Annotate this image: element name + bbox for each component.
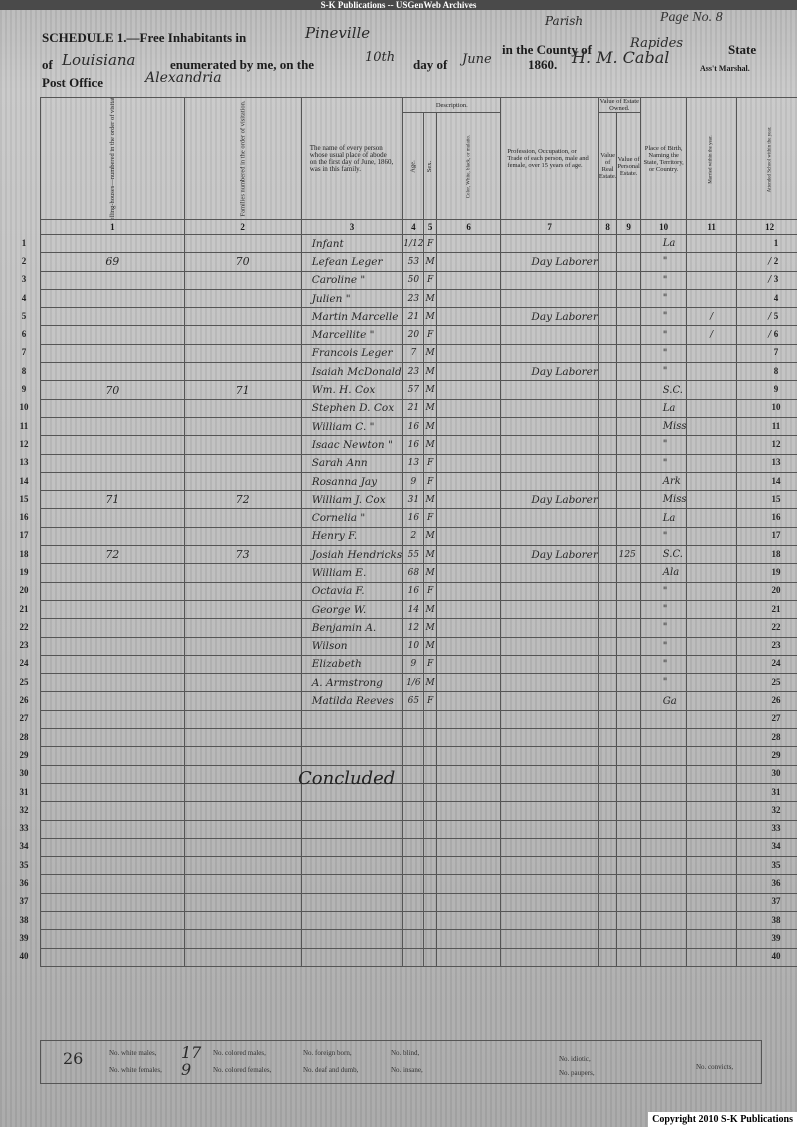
married-within-year	[687, 820, 736, 838]
age: 68	[403, 564, 424, 582]
dwelling-number	[41, 875, 185, 893]
birthplace	[640, 948, 687, 966]
table-row	[41, 930, 797, 948]
family-number	[184, 235, 301, 253]
dwelling-number	[41, 582, 185, 600]
occupation	[501, 417, 598, 435]
age: 50	[403, 271, 424, 289]
sex: F	[424, 472, 436, 490]
personal-estate-value	[617, 692, 640, 710]
line-number-right: 3	[768, 274, 784, 284]
line-number-right: 30	[768, 768, 784, 778]
person-name	[301, 857, 403, 875]
attended-school: /	[736, 326, 797, 344]
occupation	[501, 564, 598, 582]
age: 53	[403, 253, 424, 271]
table-row	[41, 857, 797, 875]
census-table: Dwelling-houses—numbered in the order of…	[40, 97, 797, 967]
occupation: Day Laborer	[501, 363, 598, 381]
white-females-label: No. white females,	[109, 1066, 162, 1074]
family-number	[184, 454, 301, 472]
married-within-year	[687, 381, 736, 399]
married-within-year: /	[687, 326, 736, 344]
family-number	[184, 692, 301, 710]
age: 23	[403, 289, 424, 307]
family-number	[184, 399, 301, 417]
birthplace: "	[640, 344, 687, 362]
attended-school	[736, 710, 797, 728]
married-within-year	[687, 857, 736, 875]
line-number-right: 27	[768, 713, 784, 723]
age: 9	[403, 655, 424, 673]
line-number-right: 34	[768, 841, 784, 851]
age: 16	[403, 509, 424, 527]
empty-cell	[436, 857, 501, 875]
birthplace: Ala	[640, 564, 687, 582]
line-number-left: 38	[16, 915, 32, 925]
dwelling-number	[41, 509, 185, 527]
personal-estate-value	[617, 564, 640, 582]
sex: M	[424, 564, 436, 582]
dwelling-number	[41, 271, 185, 289]
family-number	[184, 875, 301, 893]
person-name: Caroline "	[301, 271, 403, 289]
birthplace: "	[640, 637, 687, 655]
personal-estate-value	[617, 363, 640, 381]
age: 16	[403, 436, 424, 454]
table-row: Benjamin A.12M"	[41, 619, 797, 637]
married-within-year	[687, 655, 736, 673]
dwelling-number	[41, 765, 185, 783]
birthplace: Miss	[640, 491, 687, 509]
line-number-left: 26	[16, 695, 32, 705]
line-number-right: 20	[768, 585, 784, 595]
family-number	[184, 911, 301, 929]
line-number-left: 23	[16, 640, 32, 650]
real-estate-value	[598, 948, 617, 966]
occupation	[501, 930, 598, 948]
person-name: Marcellite "	[301, 326, 403, 344]
col-header-real-estate: Value of Real Estate.	[598, 113, 617, 220]
age: 57	[403, 381, 424, 399]
paupers-label: No. paupers,	[559, 1069, 595, 1077]
occupation	[501, 472, 598, 490]
marshal-signature: H. M. Cabal	[572, 48, 669, 67]
occupation	[501, 875, 598, 893]
person-name: Matilda Reeves	[301, 692, 403, 710]
dwelling-number	[41, 637, 185, 655]
attended-school	[736, 417, 797, 435]
family-number	[184, 729, 301, 747]
table-row: 7172William J. Cox31MDay LaborerMiss	[41, 491, 797, 509]
table-row	[41, 802, 797, 820]
attended-school	[736, 655, 797, 673]
empty-cell	[436, 893, 501, 911]
real-estate-value	[598, 637, 617, 655]
sex: F	[424, 509, 436, 527]
family-number	[184, 783, 301, 801]
birthplace: "	[640, 308, 687, 326]
col-header-description: Description.	[403, 98, 501, 113]
birthplace	[640, 820, 687, 838]
sex: M	[424, 436, 436, 454]
column-number-3: 3	[301, 220, 403, 235]
line-number-right: 36	[768, 878, 784, 888]
occupation: Day Laborer	[501, 253, 598, 271]
column-number-11: 11	[687, 220, 736, 235]
age: 13	[403, 454, 424, 472]
dwelling-number	[41, 326, 185, 344]
person-name: Stephen D. Cox	[301, 399, 403, 417]
married-within-year	[687, 674, 736, 692]
birthplace	[640, 857, 687, 875]
family-number	[184, 509, 301, 527]
table-row	[41, 838, 797, 856]
deaf-dumb-label: No. deaf and dumb,	[303, 1066, 358, 1074]
line-number-right: 28	[768, 732, 784, 742]
line-number-left: 19	[16, 567, 32, 577]
occupation	[501, 747, 598, 765]
empty-cell	[436, 692, 501, 710]
sex	[424, 802, 436, 820]
dwelling-number: 69	[41, 253, 185, 271]
occupation	[501, 655, 598, 673]
empty-cell	[436, 509, 501, 527]
real-estate-value	[598, 710, 617, 728]
dwelling-number	[41, 911, 185, 929]
dwelling-number	[41, 747, 185, 765]
line-number-left: 11	[16, 421, 32, 431]
real-estate-value	[598, 235, 617, 253]
line-number-right: 17	[768, 530, 784, 540]
personal-estate-value	[617, 436, 640, 454]
age	[403, 783, 424, 801]
personal-estate-value	[617, 472, 640, 490]
line-number-left: 3	[16, 274, 32, 284]
col-header-color: Color, White, black, or mulatto.	[436, 113, 501, 220]
sex	[424, 783, 436, 801]
empty-cell	[436, 930, 501, 948]
occupation	[501, 893, 598, 911]
sex	[424, 948, 436, 966]
line-number-right: 37	[768, 896, 784, 906]
attended-school	[736, 838, 797, 856]
married-within-year	[687, 491, 736, 509]
married-within-year	[687, 417, 736, 435]
empty-cell	[436, 802, 501, 820]
person-name: Wm. H. Cox	[301, 381, 403, 399]
sex: M	[424, 308, 436, 326]
personal-estate-value	[617, 399, 640, 417]
line-number-right: 12	[768, 439, 784, 449]
person-name: Isaac Newton "	[301, 436, 403, 454]
attended-school	[736, 289, 797, 307]
personal-estate-value	[617, 948, 640, 966]
occupation: Day Laborer	[501, 546, 598, 564]
dwelling-number	[41, 783, 185, 801]
table-row: Sarah Ann13F"	[41, 454, 797, 472]
married-within-year	[687, 802, 736, 820]
line-number-right: 29	[768, 750, 784, 760]
occupation	[501, 820, 598, 838]
birthplace	[640, 802, 687, 820]
empty-cell	[436, 655, 501, 673]
person-name	[301, 911, 403, 929]
column-number-4: 4	[403, 220, 424, 235]
real-estate-value	[598, 875, 617, 893]
person-name: Rosanna Jay	[301, 472, 403, 490]
attended-school	[736, 363, 797, 381]
person-name: Martin Marcelle	[301, 308, 403, 326]
married-within-year	[687, 399, 736, 417]
birthplace	[640, 710, 687, 728]
post-office-label: Post Office	[42, 75, 103, 91]
line-number-right: 38	[768, 915, 784, 925]
attended-school	[736, 527, 797, 545]
month-handwritten: June	[462, 52, 492, 67]
married-within-year	[687, 546, 736, 564]
table-row: Cornelia "16FLa	[41, 509, 797, 527]
line-number-left: 31	[16, 787, 32, 797]
personal-estate-value	[617, 820, 640, 838]
line-number-left: 7	[16, 347, 32, 357]
person-name	[301, 729, 403, 747]
column-number-9: 9	[617, 220, 640, 235]
empty-cell	[436, 271, 501, 289]
occupation	[501, 857, 598, 875]
birthplace: "	[640, 619, 687, 637]
line-number-right: 5	[768, 311, 784, 321]
married-within-year	[687, 783, 736, 801]
insane-label: No. insane,	[391, 1066, 423, 1074]
empty-cell	[436, 710, 501, 728]
column-number-12: 12	[736, 220, 797, 235]
table-row: Elizabeth9F"	[41, 655, 797, 673]
line-number-right: 24	[768, 658, 784, 668]
occupation	[501, 436, 598, 454]
personal-estate-value	[617, 600, 640, 618]
person-name: Julien "	[301, 289, 403, 307]
sex	[424, 875, 436, 893]
summary-footer: 26 No. white males, 17 No. white females…	[40, 1040, 762, 1084]
col-header-value-group: Value of Estate Owned.	[598, 98, 640, 113]
convicts-label: No. convicts,	[696, 1063, 733, 1071]
table-row: 7273Josiah Hendricks55MDay Laborer125S.C…	[41, 546, 797, 564]
occupation	[501, 454, 598, 472]
person-name: William J. Cox	[301, 491, 403, 509]
schedule-label: SCHEDULE 1.—Free Inhabitants in	[42, 30, 246, 46]
family-number	[184, 710, 301, 728]
sex: M	[424, 344, 436, 362]
birthplace: "	[640, 527, 687, 545]
dwelling-number	[41, 655, 185, 673]
real-estate-value	[598, 930, 617, 948]
age	[403, 820, 424, 838]
empty-cell	[436, 674, 501, 692]
birthplace: "	[640, 582, 687, 600]
dwelling-number	[41, 674, 185, 692]
birthplace	[640, 747, 687, 765]
age	[403, 765, 424, 783]
sex: F	[424, 271, 436, 289]
line-number-left: 30	[16, 768, 32, 778]
line-number-right: 25	[768, 677, 784, 687]
birthplace	[640, 765, 687, 783]
line-number-right: 9	[768, 384, 784, 394]
asst-marshal-label: Ass't Marshal.	[700, 64, 750, 73]
sex: F	[424, 454, 436, 472]
personal-estate-value	[617, 655, 640, 673]
line-number-right: 11	[768, 421, 784, 431]
occupation: Day Laborer	[501, 491, 598, 509]
dwelling-number: 70	[41, 381, 185, 399]
person-name: William E.	[301, 564, 403, 582]
real-estate-value	[598, 417, 617, 435]
attended-school	[736, 582, 797, 600]
empty-cell	[436, 838, 501, 856]
age	[403, 930, 424, 948]
column-number-8: 8	[598, 220, 617, 235]
person-name: Henry F.	[301, 527, 403, 545]
personal-estate-value	[617, 747, 640, 765]
personal-estate-value	[617, 911, 640, 929]
column-number-7: 7	[501, 220, 598, 235]
empty-cell	[436, 875, 501, 893]
table-row	[41, 765, 797, 783]
line-number-left: 40	[16, 951, 32, 961]
personal-estate-value	[617, 381, 640, 399]
family-number	[184, 582, 301, 600]
married-within-year	[687, 692, 736, 710]
table-row: Marcellite "20F"//	[41, 326, 797, 344]
line-number-right: 7	[768, 347, 784, 357]
person-name	[301, 802, 403, 820]
real-estate-value	[598, 436, 617, 454]
dwelling-number	[41, 454, 185, 472]
sex	[424, 838, 436, 856]
empty-cell	[436, 637, 501, 655]
sex: M	[424, 546, 436, 564]
age: 21	[403, 308, 424, 326]
empty-cell	[436, 326, 501, 344]
family-number: 70	[184, 253, 301, 271]
person-name	[301, 875, 403, 893]
empty-cell	[436, 289, 501, 307]
white-males-label: No. white males,	[109, 1049, 156, 1057]
table-row	[41, 893, 797, 911]
line-number-right: 19	[768, 567, 784, 577]
family-number	[184, 820, 301, 838]
birthplace: "	[640, 655, 687, 673]
real-estate-value	[598, 564, 617, 582]
age: 12	[403, 619, 424, 637]
table-row: Martin Marcelle21MDay Laborer"//	[41, 308, 797, 326]
sex	[424, 893, 436, 911]
person-name	[301, 710, 403, 728]
copyright-notice: Copyright 2010 S-K Publications	[648, 1112, 797, 1127]
age: 21	[403, 399, 424, 417]
line-number-right: 33	[768, 823, 784, 833]
occupation	[501, 674, 598, 692]
married-within-year	[687, 235, 736, 253]
personal-estate-value	[617, 417, 640, 435]
real-estate-value	[598, 857, 617, 875]
dwelling-number	[41, 235, 185, 253]
year-label: 1860.	[528, 57, 557, 73]
personal-estate-value	[617, 637, 640, 655]
table-row: Stephen D. Cox21MLa	[41, 399, 797, 417]
real-estate-value	[598, 491, 617, 509]
col-header-age: Age.	[403, 113, 424, 220]
attended-school	[736, 619, 797, 637]
married-within-year	[687, 948, 736, 966]
sex: M	[424, 381, 436, 399]
column-number-2: 2	[184, 220, 301, 235]
occupation	[501, 948, 598, 966]
line-number-left: 36	[16, 878, 32, 888]
line-number-right: 10	[768, 402, 784, 412]
married-within-year	[687, 911, 736, 929]
family-number	[184, 637, 301, 655]
table-row: Matilda Reeves65FGa	[41, 692, 797, 710]
line-number-right: 39	[768, 933, 784, 943]
birthplace: "	[640, 326, 687, 344]
personal-estate-value	[617, 308, 640, 326]
attended-school	[736, 399, 797, 417]
real-estate-value	[598, 747, 617, 765]
married-within-year	[687, 564, 736, 582]
dwelling-number	[41, 600, 185, 618]
real-estate-value	[598, 381, 617, 399]
line-number-right: 14	[768, 476, 784, 486]
dwelling-number	[41, 893, 185, 911]
person-name: Cornelia "	[301, 509, 403, 527]
real-estate-value	[598, 802, 617, 820]
line-number-left: 15	[16, 494, 32, 504]
line-number-left: 14	[16, 476, 32, 486]
line-number-left: 32	[16, 805, 32, 815]
line-number-left: 29	[16, 750, 32, 760]
family-number	[184, 619, 301, 637]
line-number-left: 13	[16, 457, 32, 467]
family-number	[184, 326, 301, 344]
table-row: 6970Lefean Leger53MDay Laborer"/	[41, 253, 797, 271]
family-number	[184, 674, 301, 692]
attended-school	[736, 802, 797, 820]
personal-estate-value	[617, 930, 640, 948]
age: 65	[403, 692, 424, 710]
line-number-left: 4	[16, 293, 32, 303]
married-within-year	[687, 875, 736, 893]
place-handwritten: Pineville	[305, 24, 370, 42]
line-number-right: 40	[768, 951, 784, 961]
table-row	[41, 948, 797, 966]
family-number	[184, 857, 301, 875]
married-within-year	[687, 893, 736, 911]
table-row: Caroline "50F"/	[41, 271, 797, 289]
real-estate-value	[598, 911, 617, 929]
sex: M	[424, 253, 436, 271]
empty-cell	[436, 564, 501, 582]
personal-estate-value	[617, 783, 640, 801]
person-name: Elizabeth	[301, 655, 403, 673]
table-row	[41, 820, 797, 838]
line-number-left: 10	[16, 402, 32, 412]
birthplace: S.C.	[640, 546, 687, 564]
idiotic-label: No. idiotic,	[559, 1055, 591, 1063]
personal-estate-value	[617, 527, 640, 545]
table-row: Francois Leger7M"	[41, 344, 797, 362]
